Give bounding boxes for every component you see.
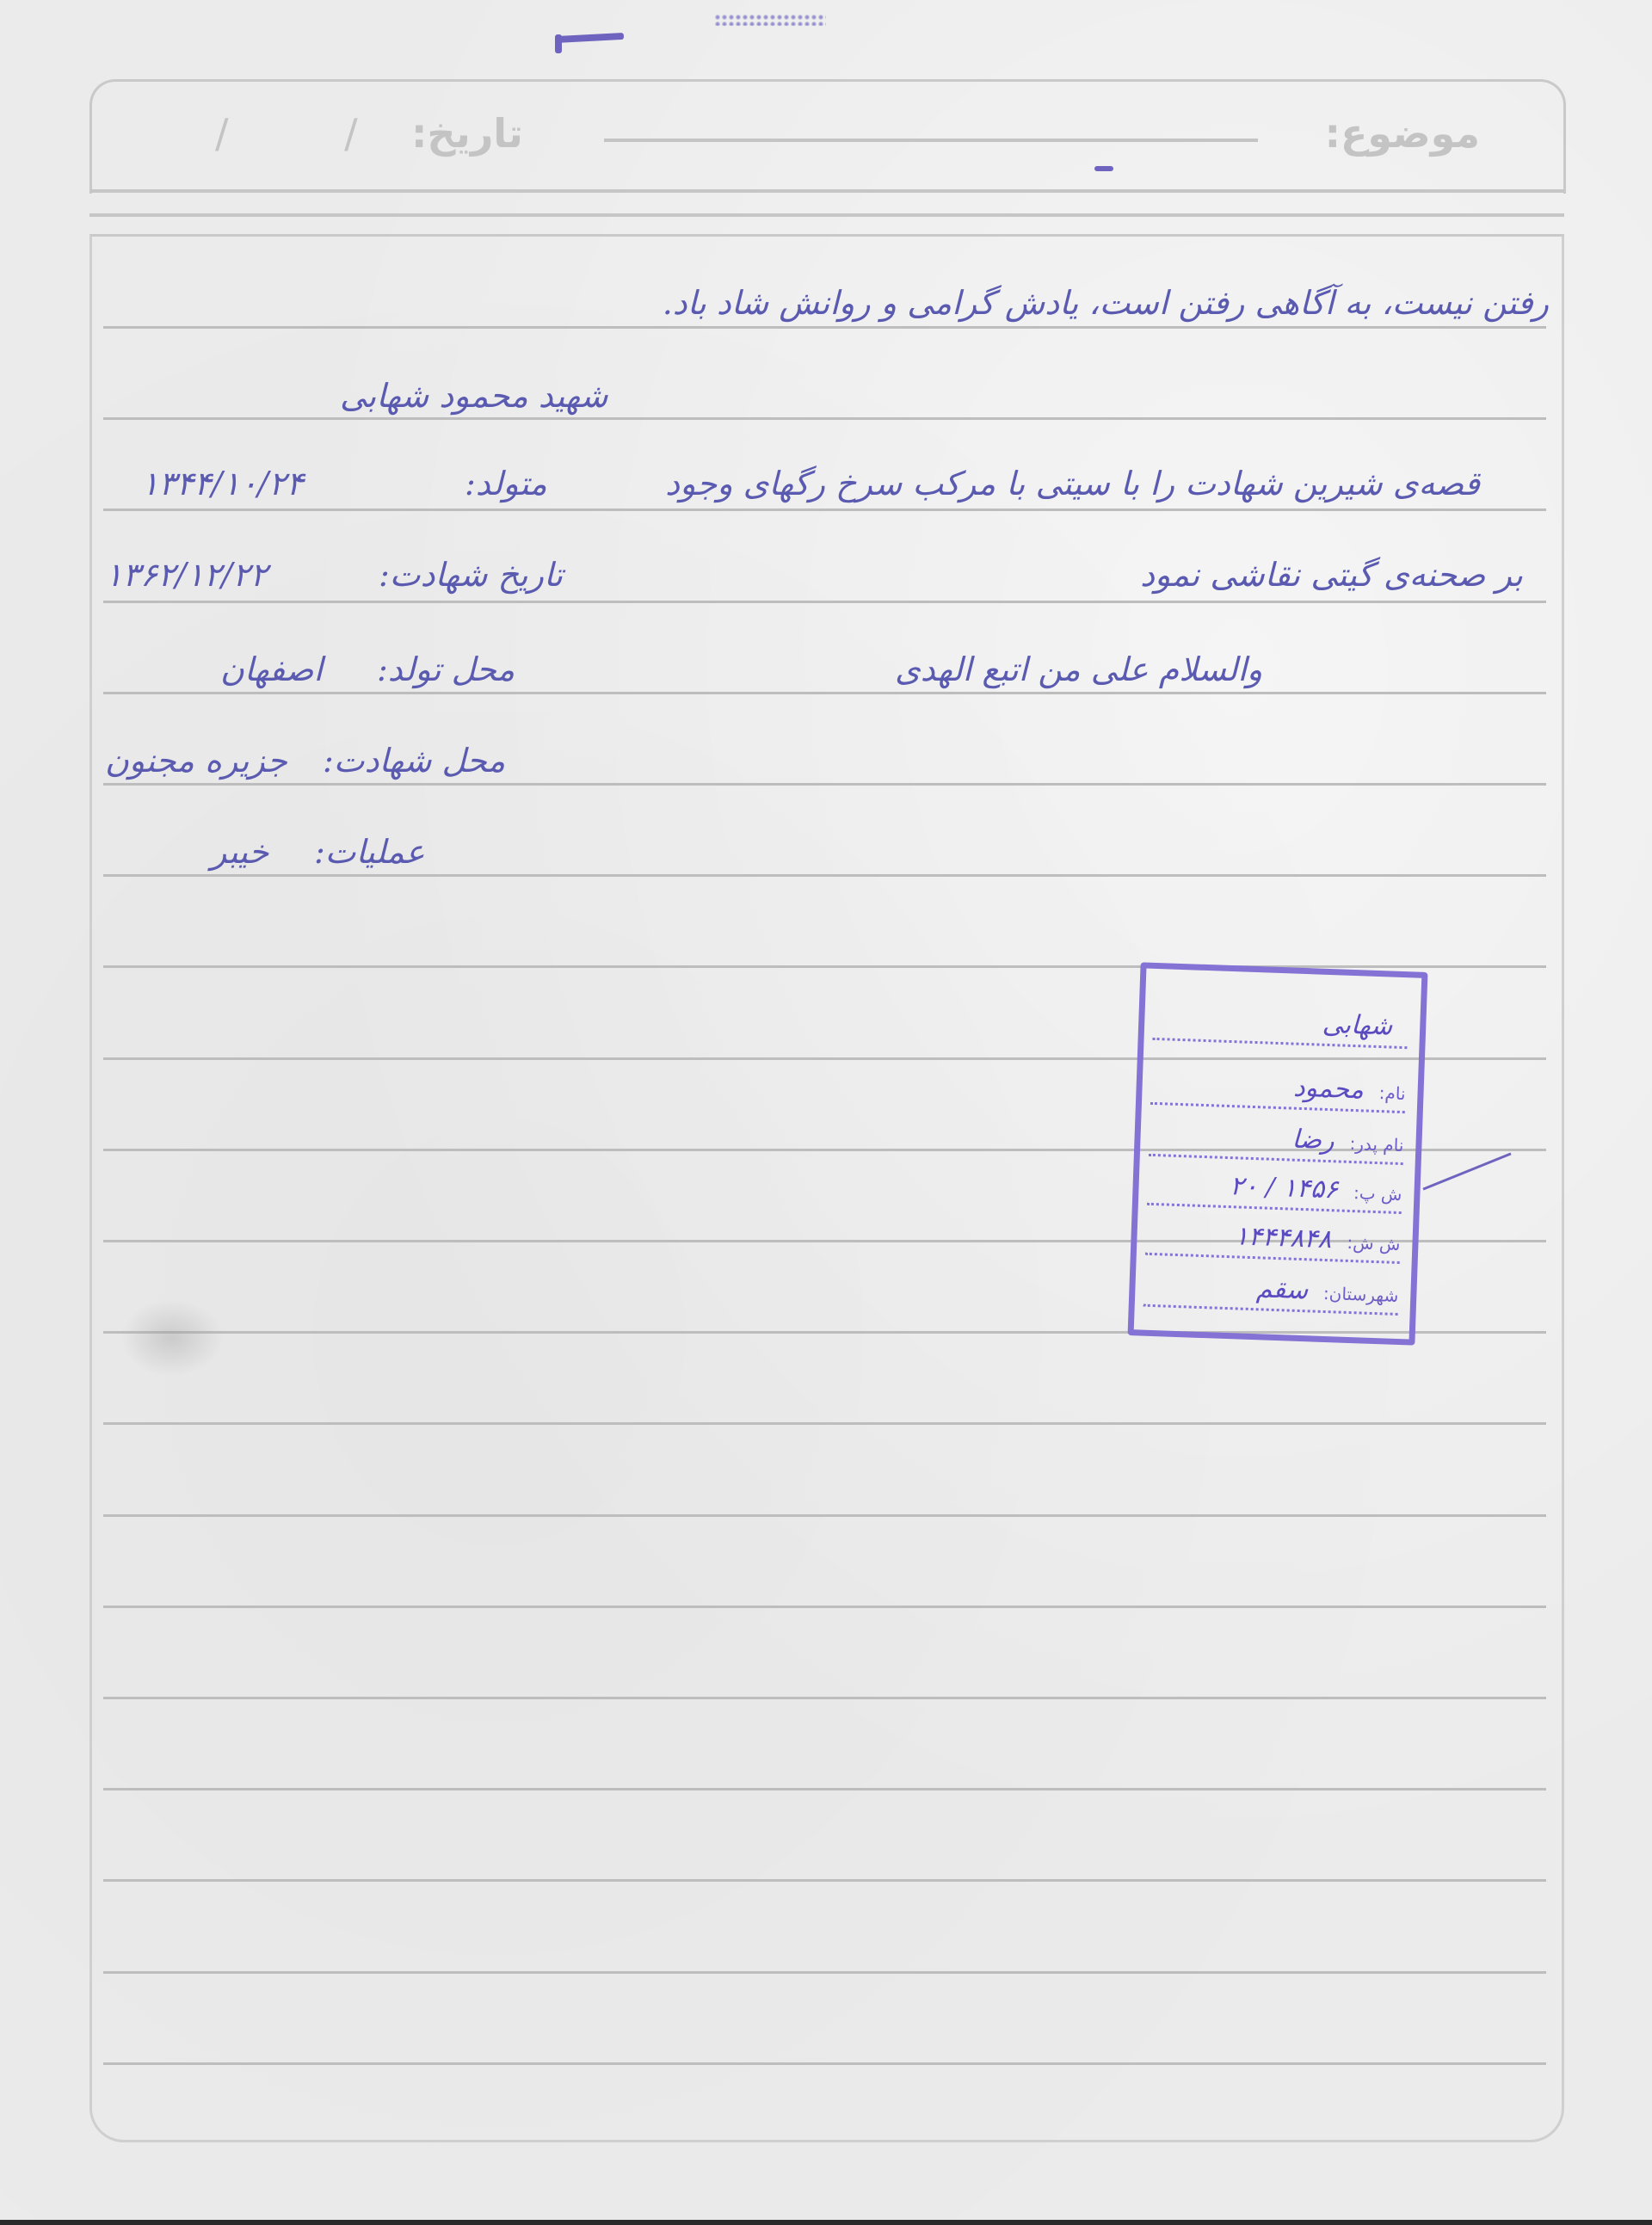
ruled-line	[103, 783, 1546, 786]
martyrdom-place-label: محل شهادت:	[323, 742, 505, 780]
ruled-line	[103, 1971, 1546, 1974]
ink-stroke	[555, 33, 624, 43]
date-label: تاریخ:	[411, 110, 523, 157]
scan-edge	[0, 2220, 1652, 2225]
ruled-line	[103, 1697, 1546, 1699]
paper-smudge	[120, 1299, 224, 1377]
ruled-line	[103, 1879, 1546, 1882]
martyrdom-date-label: تاریخ شهادت:	[379, 556, 563, 594]
birthplace-label: محل تولد:	[377, 650, 515, 688]
stamp-row: نام پدر:رضا	[1149, 1119, 1404, 1165]
scanned-page: موضوع: تاریخ: / / رفتن نیست، به آگاهی رف…	[0, 0, 1652, 2225]
ruled-line	[103, 692, 1546, 694]
subject-line	[604, 139, 1258, 142]
stamp-row: نام:محمود	[1150, 1068, 1406, 1113]
ruled-line	[103, 1788, 1546, 1790]
birth-value: ۱۳۴۴/۱۰/۲۴	[141, 465, 304, 502]
ruled-line	[103, 508, 1546, 511]
letter-line-3: قصه‌ی شیرین شهادت را با سیتی با مرکب سرخ…	[665, 465, 1480, 502]
ruled-line	[103, 601, 1546, 603]
stamp-row: شهابی	[1153, 1003, 1409, 1049]
subject-label: موضوع:	[1325, 110, 1480, 157]
ruled-line	[103, 326, 1546, 329]
stamp-row: شهرستان:سقم	[1143, 1270, 1399, 1316]
martyrdom-place-value: جزیره مجنون	[105, 742, 287, 780]
letter-closing: والسلام علی من اتبع الهدی	[895, 650, 1262, 688]
ruled-line	[103, 417, 1546, 420]
ruled-line	[103, 965, 1546, 968]
operation-label: عملیات:	[314, 833, 425, 871]
identity-stamp: شهابی نام:محمود نام پدر:رضا ش پ:۱۴۵۶ / ۲…	[1128, 962, 1428, 1345]
operation-value: خیبر	[211, 833, 268, 871]
stamp-row: ش ش:۱۴۴۴۸۴۸	[1145, 1218, 1401, 1264]
letter-line-1: رفتن نیست، به آگاهی رفتن است، یادش گرامی…	[663, 284, 1549, 322]
ruled-line	[103, 874, 1546, 877]
ink-stroke	[555, 34, 562, 53]
birth-label: متولد:	[465, 465, 547, 502]
ink-speckle	[714, 14, 826, 26]
letter-line-4: بر صحنه‌ی گیتی نقاشی نمود	[1140, 556, 1523, 594]
martyrdom-date-value: ۱۳۶۲/۱۲/۲۲	[105, 556, 268, 594]
header-divider	[89, 213, 1564, 217]
ruled-line	[103, 1514, 1546, 1517]
header-divider	[89, 189, 1564, 193]
date-slashes: / /	[215, 110, 410, 157]
martyr-name: شهید محمود شهابی	[340, 377, 608, 415]
birthplace-value: اصفهان	[220, 650, 323, 688]
stamp-row: ش پ:۱۴۵۶ / ۲۰	[1147, 1168, 1402, 1214]
ruled-line	[103, 1606, 1546, 1608]
ink-mark	[1094, 166, 1113, 171]
ruled-line	[103, 1422, 1546, 1425]
ruled-line	[103, 2062, 1546, 2065]
